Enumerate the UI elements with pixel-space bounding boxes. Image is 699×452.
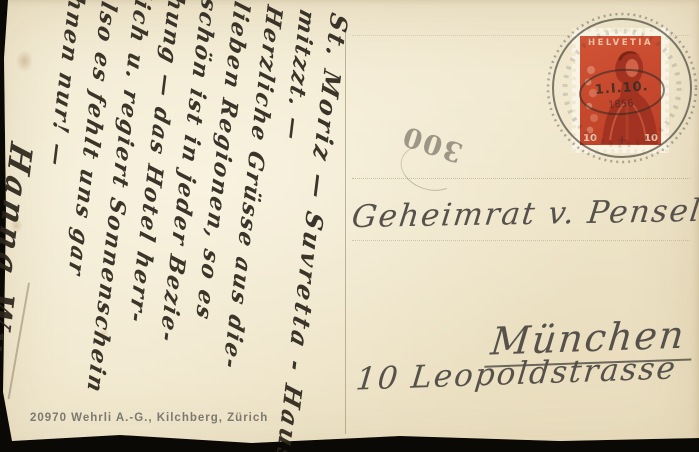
message-area: St. Moriz — Suvretta - Haus mitzzt. — He… bbox=[0, 0, 356, 423]
printer-imprint: 20970 Wehrli A.-G., Kilchberg, Zürich bbox=[30, 412, 268, 424]
helvetia-figure bbox=[580, 36, 661, 145]
stamp-country-label: HELVETIA bbox=[580, 38, 661, 48]
stamp-denomination: 10 bbox=[644, 133, 658, 144]
guide-line bbox=[352, 240, 690, 241]
recipient-line: Geheimrat v. Pensel bbox=[350, 193, 699, 235]
stamp-face: HELVETIA 10 10 bbox=[580, 36, 661, 145]
stamp-denomination: 10 bbox=[583, 133, 597, 144]
postage-stamp: HELVETIA 10 10 bbox=[572, 28, 669, 153]
guide-line bbox=[352, 178, 690, 179]
